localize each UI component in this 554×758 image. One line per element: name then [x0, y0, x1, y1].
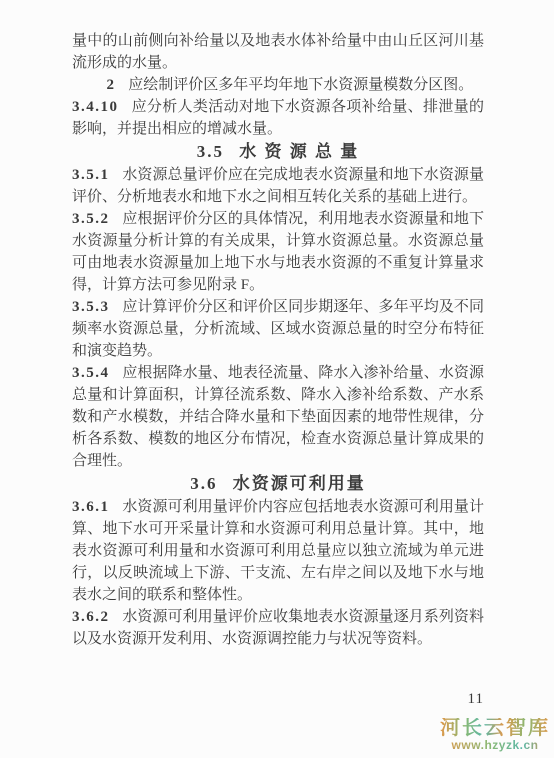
heading-title: 水资源可利用量	[233, 474, 366, 493]
section-heading-3-5: 3.5水 资 源 总 量	[72, 140, 484, 164]
list-item-2: 2应绘制评价区多年平均年地下水资源量模数分区图。	[72, 74, 484, 96]
clause-3-4-10: 3.4.10应分析人类活动对地下水资源各项补给量、排泄量的影响，并提出相应的增减…	[72, 96, 484, 140]
clause-3-5-4: 3.5.4应根据降水量、地表径流量、降水入渗补给量、水资源总量和计算面积，计算径…	[72, 362, 484, 472]
paragraph-text: 应绘制评价区多年平均年地下水资源量模数分区图。	[128, 77, 473, 93]
heading-number: 3.5	[197, 142, 224, 161]
watermark: 河长云智库 www.hzyzk.cn	[440, 718, 550, 752]
paragraph-text: 应根据评价分区的具体情况，利用地表水资源量和地下水资源量分析计算的有关成果，计算…	[72, 211, 484, 293]
item-number: 2	[107, 77, 116, 93]
paragraph-text: 应分析人类活动对地下水资源各项补给量、排泄量的影响，并提出相应的增减水量。	[72, 99, 484, 137]
clause-number: 3.6.1	[72, 499, 110, 515]
watermark-title: 河长云智库	[440, 718, 550, 739]
watermark-url: www.hzyzk.cn	[440, 739, 550, 752]
paragraph-text: 应根据降水量、地表径流量、降水入渗补给量、水资源总量和计算面积，计算径流系数、降…	[72, 365, 484, 469]
clause-3-5-1: 3.5.1水资源总量评价应在完成地表水资源量和地下水资源量评价、分析地表水和地下…	[72, 164, 484, 208]
heading-number: 3.6	[190, 474, 217, 493]
clause-3-6-2: 3.6.2水资源可利用量评价应收集地表水资源量逐月系列资料以及水资源开发利用、水…	[72, 606, 484, 650]
paragraph-text: 水资源总量评价应在完成地表水资源量和地下水资源量评价、分析地表水和地下水之间相互…	[72, 167, 484, 205]
clause-number: 3.5.4	[72, 365, 110, 381]
clause-3-5-2: 3.5.2应根据评价分区的具体情况，利用地表水资源量和地下水资源量分析计算的有关…	[72, 208, 484, 296]
section-heading-3-6: 3.6水资源可利用量	[72, 472, 484, 496]
paragraph-text: 量中的山前侧向补给量以及地表水体补给量中由山丘区河川基流形成的水量。	[72, 33, 484, 71]
heading-title: 水 资 源 总 量	[239, 142, 359, 161]
paragraph-text: 水资源可利用量评价应收集地表水资源量逐月系列资料以及水资源开发利用、水资源调控能…	[72, 609, 484, 647]
page-number: 11	[468, 691, 484, 708]
page-content: 量中的山前侧向补给量以及地表水体补给量中由山丘区河川基流形成的水量。 2应绘制评…	[72, 30, 484, 650]
clause-number: 3.5.2	[72, 211, 110, 227]
paragraph-text: 水资源可利用量评价内容应包括地表水资源可利用量计算、地下水可开采量计算和水资源可…	[72, 499, 484, 603]
document-page: 量中的山前侧向补给量以及地表水体补给量中由山丘区河川基流形成的水量。 2应绘制评…	[0, 0, 554, 758]
clause-number: 3.4.10	[72, 99, 119, 115]
clause-3-5-3: 3.5.3应计算评价分区和评价区同步期逐年、多年平均及不同频率水资源总量，分析流…	[72, 296, 484, 362]
clause-number: 3.5.1	[72, 167, 110, 183]
paragraph-text: 应计算评价分区和评价区同步期逐年、多年平均及不同频率水资源总量，分析流域、区域水…	[72, 299, 484, 359]
clause-3-6-1: 3.6.1水资源可利用量评价内容应包括地表水资源可利用量计算、地下水可开采量计算…	[72, 496, 484, 606]
paragraph-continuation: 量中的山前侧向补给量以及地表水体补给量中由山丘区河川基流形成的水量。	[72, 30, 484, 74]
clause-number: 3.5.3	[72, 299, 110, 315]
clause-number: 3.6.2	[72, 609, 110, 625]
